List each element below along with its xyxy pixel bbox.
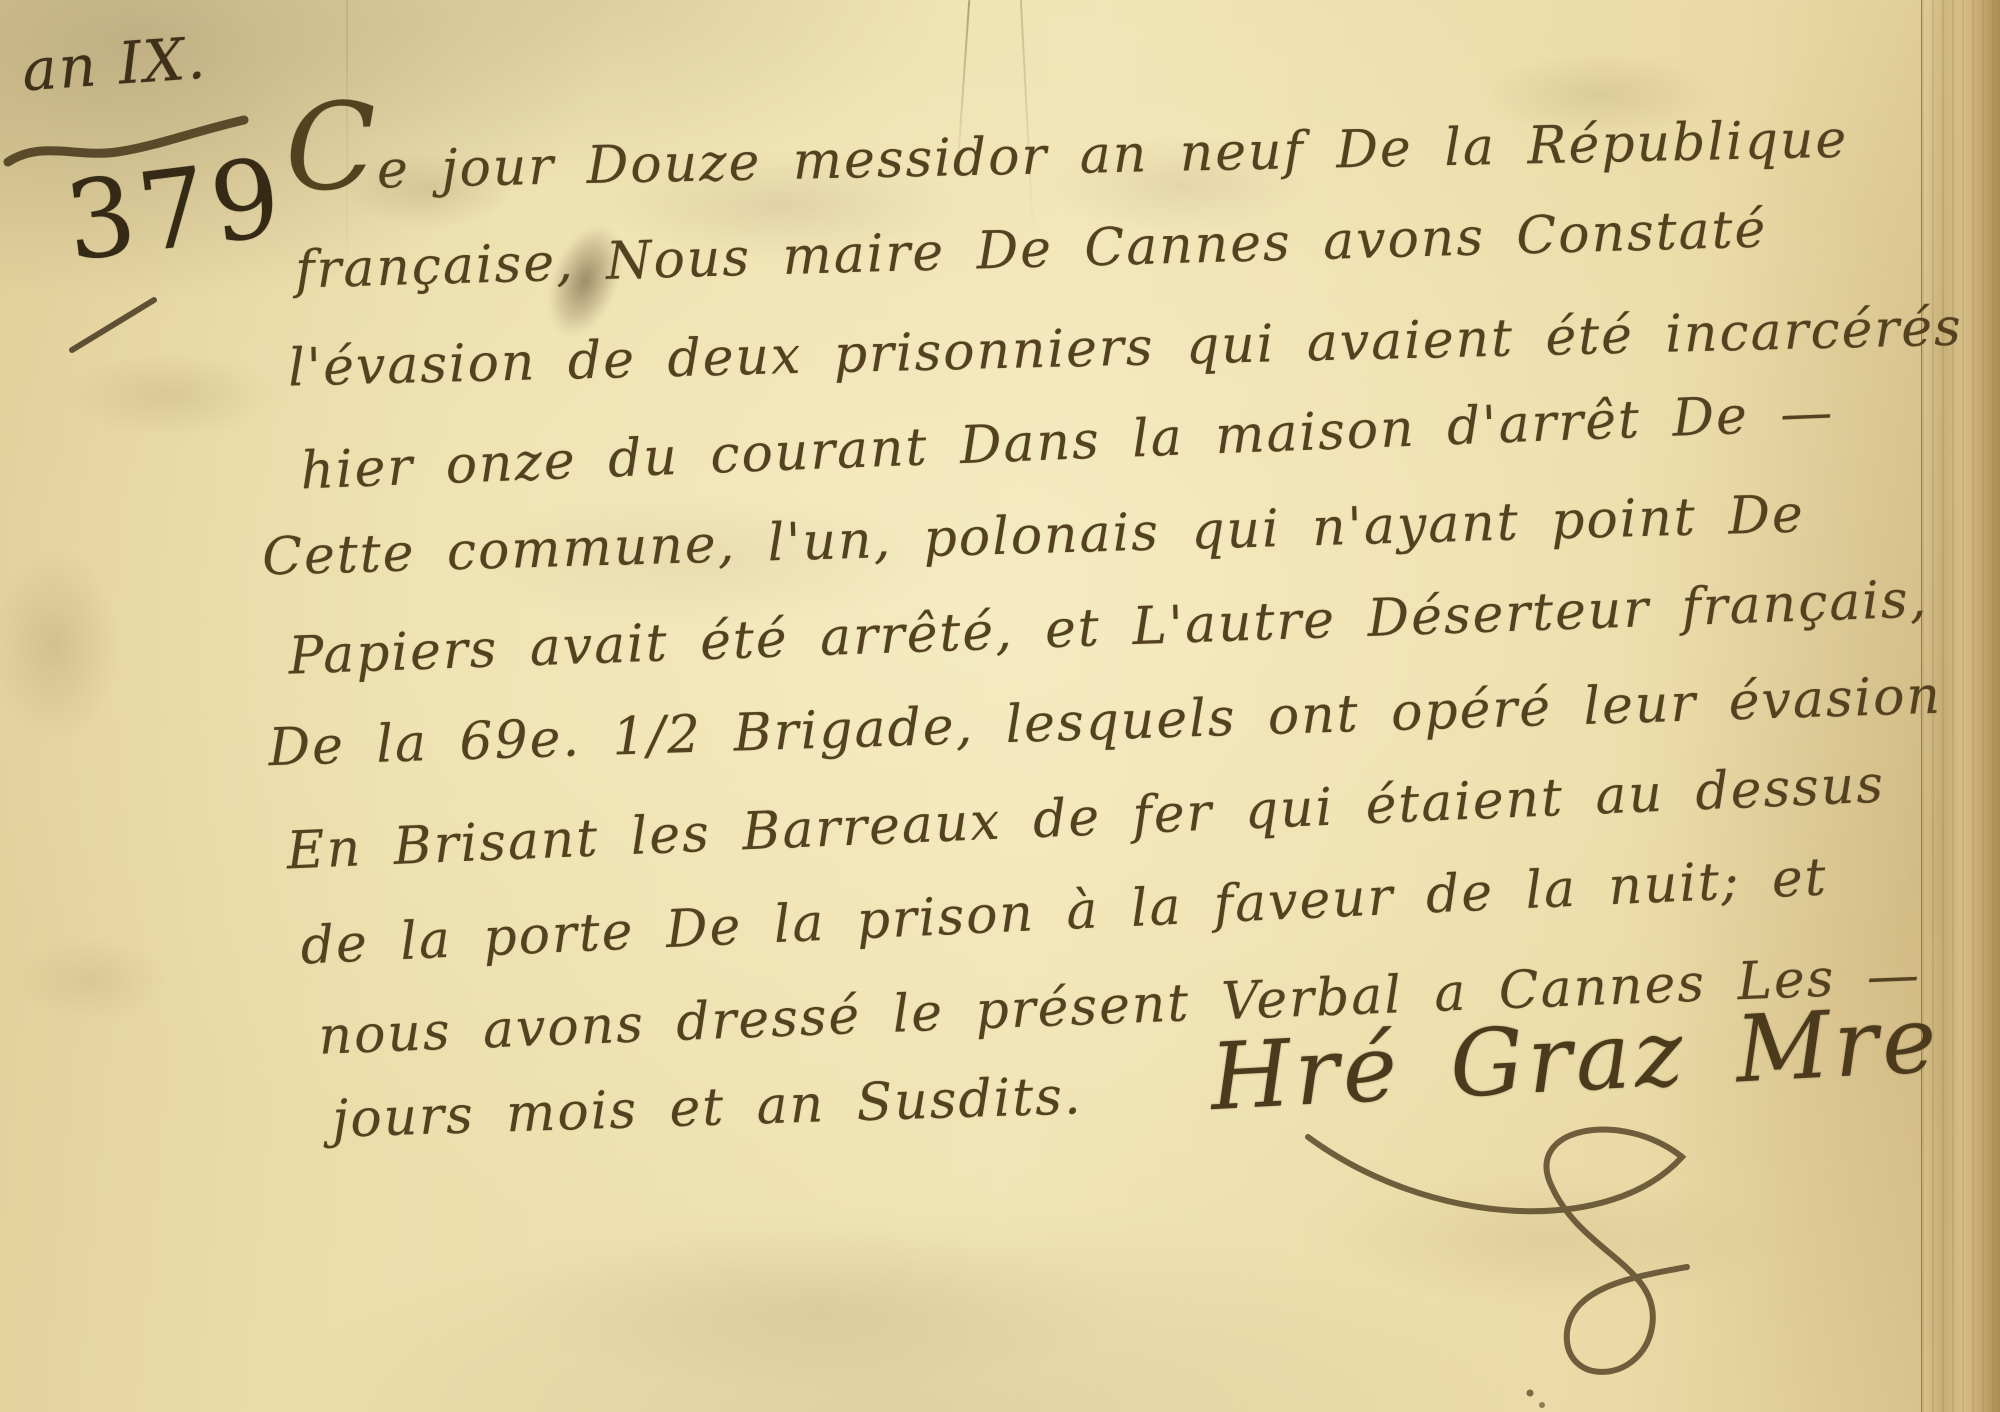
scanned-manuscript-page: { "document": { "kind": "handwritten-reg… [0, 0, 2000, 1412]
signature-flourish [1280, 1115, 1720, 1412]
year-margin-note: an IX. [20, 24, 209, 105]
entry-number-underline [62, 288, 172, 358]
entry-number: 379 [59, 135, 291, 286]
